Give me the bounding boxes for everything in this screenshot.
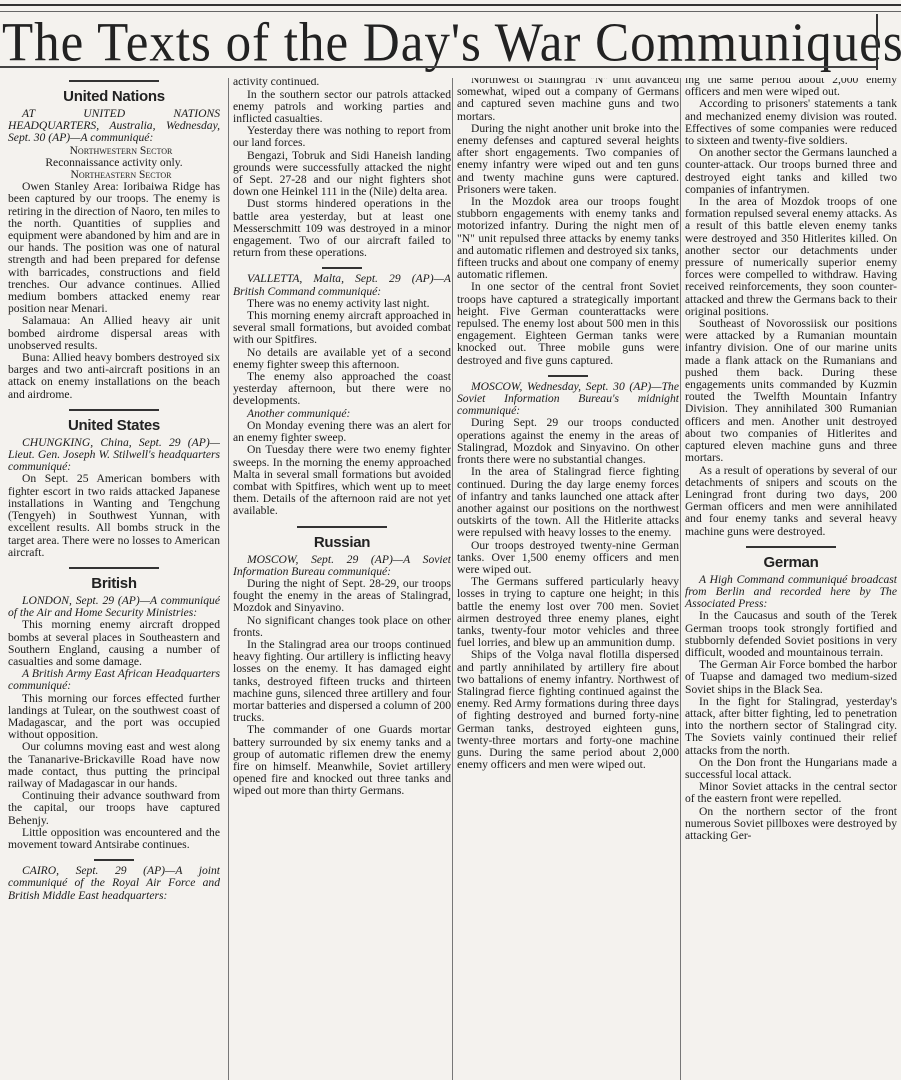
- section-title-united-states: United States: [8, 417, 220, 435]
- paragraph: In one sector of the central front Sovie…: [457, 281, 679, 366]
- paragraph: On Tuesday there were two enemy fighter …: [233, 444, 451, 517]
- paragraph: On another sector the Germans launched a…: [685, 147, 897, 196]
- column-3: Northwest of Stalingrad "N" unit advance…: [452, 78, 679, 1080]
- section-divider: [69, 409, 159, 411]
- dateline: AT UNITED NATIONS HEADQUARTERS, Australi…: [8, 108, 220, 145]
- paragraph: Our troops destroyed twenty-nine German …: [457, 540, 679, 577]
- paragraph: According to prisoners' statements a tan…: [685, 98, 897, 147]
- paragraph: Ships of the Volga naval flotilla disper…: [457, 649, 679, 771]
- section-title-russian: Russian: [233, 534, 451, 552]
- paragraph-tail: ing the same period about 2,000 enemy of…: [685, 78, 897, 98]
- paragraph: This morning our forces effected further…: [8, 693, 220, 742]
- section-divider: [69, 567, 159, 569]
- paragraph: Our columns moving east and west along t…: [8, 741, 220, 790]
- paragraph: In the area of Stalingrad fierce fightin…: [457, 466, 679, 539]
- paragraph: Southeast of Novorossiisk our positions …: [685, 318, 897, 464]
- paragraph: In the area of Mozdok troops of one form…: [685, 196, 897, 318]
- dateline: A British Army East African Headquarters…: [8, 668, 220, 692]
- dateline: LONDON, Sept. 29 (AP)—A communiqué of th…: [8, 595, 220, 619]
- section-title-german: German: [685, 554, 897, 572]
- paragraph: On Monday evening there was an alert for…: [233, 420, 451, 444]
- paragraph: During Sept. 29 our troops conducted ope…: [457, 417, 679, 466]
- paragraph: Salamaua: An Allied heavy air unit bombe…: [8, 315, 220, 352]
- paragraph: Owen Stanley Area: Ioribaiwa Ridge has b…: [8, 181, 220, 315]
- section-title-united-nations: United Nations: [8, 88, 220, 106]
- paragraph: Yesterday there was nothing to report fr…: [233, 125, 451, 149]
- paragraph: During the night of Sept. 28-29, our tro…: [233, 578, 451, 615]
- paragraph: As a result of operations by several of …: [685, 465, 897, 538]
- paragraph: The enemy also approached the coast yest…: [233, 371, 451, 408]
- paragraph: In the southern sector our patrols attac…: [233, 89, 451, 126]
- paragraph: On the northern sector of the front nume…: [685, 806, 897, 843]
- headline-rule: [0, 66, 876, 68]
- dateline: CAIRO, Sept. 29 (AP)—A joint communiqué …: [8, 865, 220, 902]
- paragraph: On Sept. 25 American bombers with fighte…: [8, 473, 220, 558]
- paragraph: The Germans suffered particularly heavy …: [457, 576, 679, 649]
- column-1: United Nations AT UNITED NATIONS HEADQUA…: [8, 78, 220, 1080]
- subhead: Northwestern Sector: [8, 145, 220, 157]
- paragraph: Buna: Allied heavy bombers destroyed six…: [8, 352, 220, 401]
- paragraph: Northwest of Stalingrad "N" unit advance…: [457, 78, 679, 123]
- paragraph: No details are available yet of a second…: [233, 347, 451, 371]
- dateline: A High Command communiqué broadcast from…: [685, 574, 897, 611]
- paragraph: In the Mozdok area our troops fought stu…: [457, 196, 679, 281]
- paragraph: This morning enemy aircraft dropped bomb…: [8, 619, 220, 668]
- dateline: MOSCOW, Wednesday, Sept. 30 (AP)—The Sov…: [457, 381, 679, 418]
- section-divider: [297, 526, 387, 528]
- paragraph: During the night another unit broke into…: [457, 123, 679, 196]
- section-title-british: British: [8, 575, 220, 593]
- column-2: headquarters: During the night of Sept. …: [228, 78, 451, 1080]
- dateline: MOSCOW, Sept. 29 (AP)—A Soviet Informati…: [233, 554, 451, 578]
- dateline: VALLETTA, Malta, Sept. 29 (AP)—A British…: [233, 273, 451, 297]
- top-rule: [0, 4, 901, 6]
- section-divider: [94, 859, 134, 861]
- paragraph: On the Don front the Hungarians made a s…: [685, 757, 897, 781]
- paragraph: In the Stalingrad area our troops contin…: [233, 639, 451, 724]
- paragraph-continued: ing the same period about 2,000 enemy of…: [685, 78, 897, 98]
- section-divider: [548, 375, 588, 377]
- section-divider: [746, 546, 836, 548]
- paragraph: In the fight for Stalingrad, yesterday's…: [685, 696, 897, 757]
- paragraph: Continuing their advance southward from …: [8, 790, 220, 827]
- paragraph: Minor Soviet attacks in the central sect…: [685, 781, 897, 805]
- paragraph: The German Air Force bombed the harbor o…: [685, 659, 897, 696]
- paragraph: Little opposition was encountered and th…: [8, 827, 220, 851]
- headline-border: [876, 14, 878, 70]
- paragraph: This morning enemy aircraft approached i…: [233, 310, 451, 347]
- page-headline: The Texts of the Day's War Communiques: [2, 12, 878, 75]
- paragraph: The commander of one Guards mortar batte…: [233, 724, 451, 797]
- dateline: CHUNGKING, China, Sept. 29 (AP)—Lieut. G…: [8, 437, 220, 474]
- paragraph: Dust storms hindered operations in the b…: [233, 198, 451, 259]
- paragraph: Bengazi, Tobruk and Sidi Haneish landing…: [233, 150, 451, 199]
- section-divider: [69, 80, 159, 82]
- paragraph: In the Caucasus and south of the Terek G…: [685, 610, 897, 659]
- paragraph: Reconnaissance activity only.: [8, 157, 220, 169]
- column-4: ing the same period about 2,000 enemy of…: [680, 78, 897, 1080]
- section-divider: [322, 267, 362, 269]
- paragraph: No significant changes took place on oth…: [233, 615, 451, 639]
